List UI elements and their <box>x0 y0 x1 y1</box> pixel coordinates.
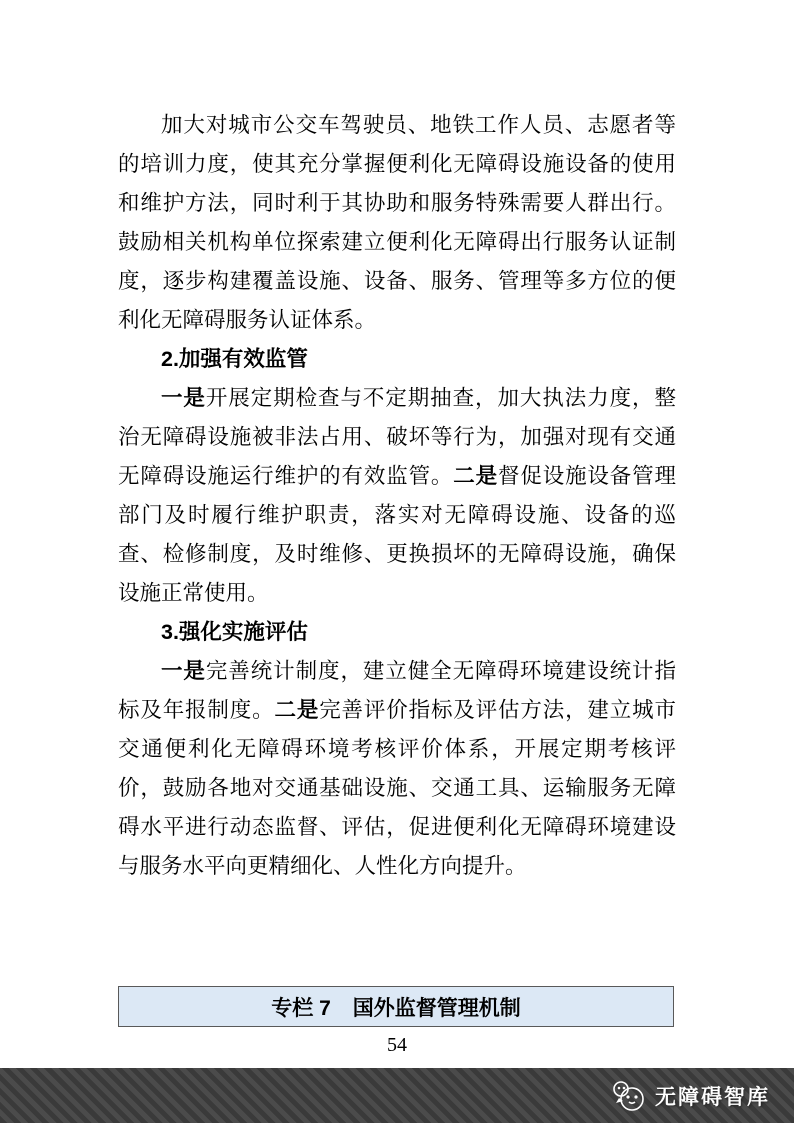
section-heading-3: 3.强化实施评估 <box>118 613 676 652</box>
brand-text: 无障碍智库 <box>655 1081 770 1111</box>
callout-box-column7: 专栏 7 国外监督管理机制 <box>118 986 674 1027</box>
paragraph-training: 加大对城市公交车驾驶员、地铁工作人员、志愿者等的培训力度，使其充分掌握便利化无障… <box>118 106 676 340</box>
page-number: 54 <box>0 1034 794 1057</box>
page-content: 加大对城市公交车驾驶员、地铁工作人员、志愿者等的培训力度，使其充分掌握便利化无障… <box>118 106 676 886</box>
section-heading-2: 2.加强有效监管 <box>118 340 676 379</box>
run-second-bold: 二是 <box>274 698 319 722</box>
mascot-chat-bubble-icon <box>611 1080 647 1112</box>
paragraph-evaluation: 一是完善统计制度，建立健全无障碍环境建设统计指标及年报制度。二是完善评价指标及评… <box>118 652 676 886</box>
brand-logo: 无障碍智库 <box>611 1080 770 1112</box>
footer-watermark-band: 无障碍智库 <box>0 1068 794 1123</box>
callout-box-title: 国外监督管理机制 <box>353 992 521 1022</box>
run-second-bold: 二是 <box>453 464 498 488</box>
document-page: 加大对城市公交车驾驶员、地铁工作人员、志愿者等的培训力度，使其充分掌握便利化无障… <box>0 0 794 1123</box>
run-first-bold: 一是 <box>161 659 206 683</box>
callout-box-label: 专栏 7 <box>271 992 331 1022</box>
run-second-text: 完善评价指标及评估方法，建立城市交通便利化无障碍环境考核评价体系，开展定期考核评… <box>118 698 676 878</box>
run-first-bold: 一是 <box>161 386 206 410</box>
paragraph-supervision: 一是开展定期检查与不定期抽查，加大执法力度，整治无障碍设施被非法占用、破坏等行为… <box>118 379 676 613</box>
